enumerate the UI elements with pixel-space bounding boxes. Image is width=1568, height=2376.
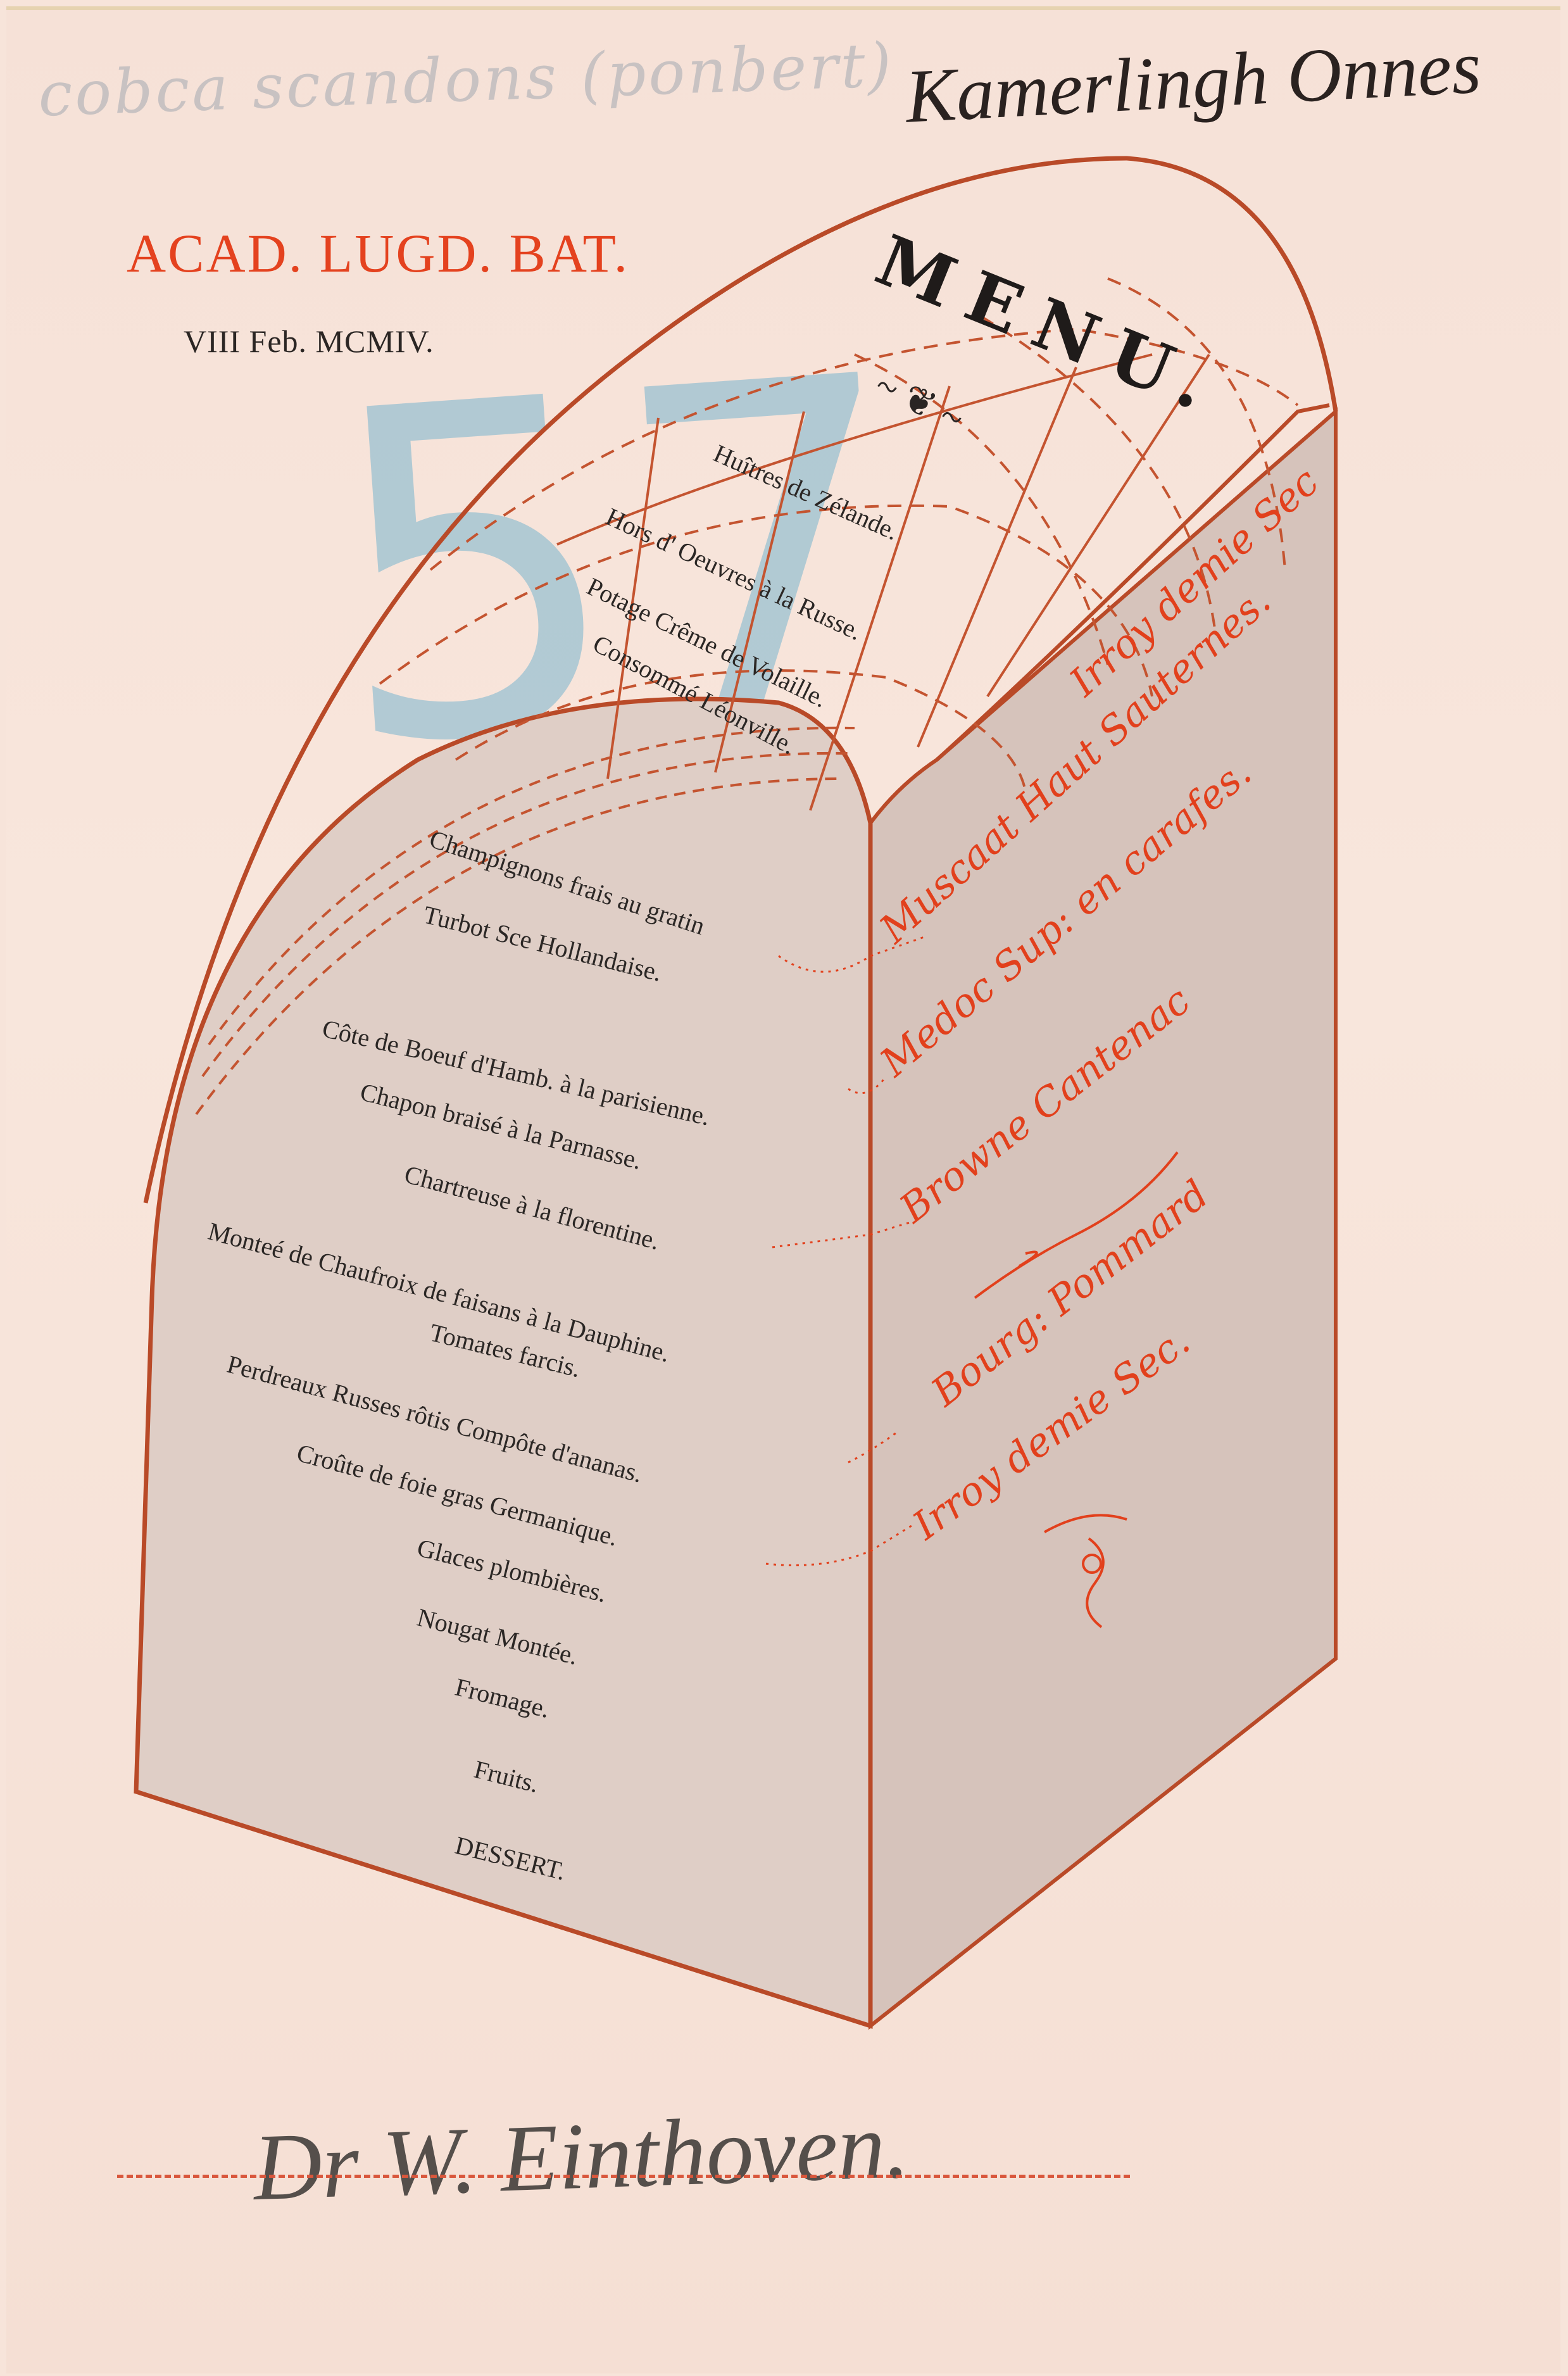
guest-name: Dr W. Einthoven. — [251, 2090, 910, 2222]
guest-name-line — [117, 2175, 1130, 2178]
menu-box-illustration — [0, 0, 1568, 2376]
